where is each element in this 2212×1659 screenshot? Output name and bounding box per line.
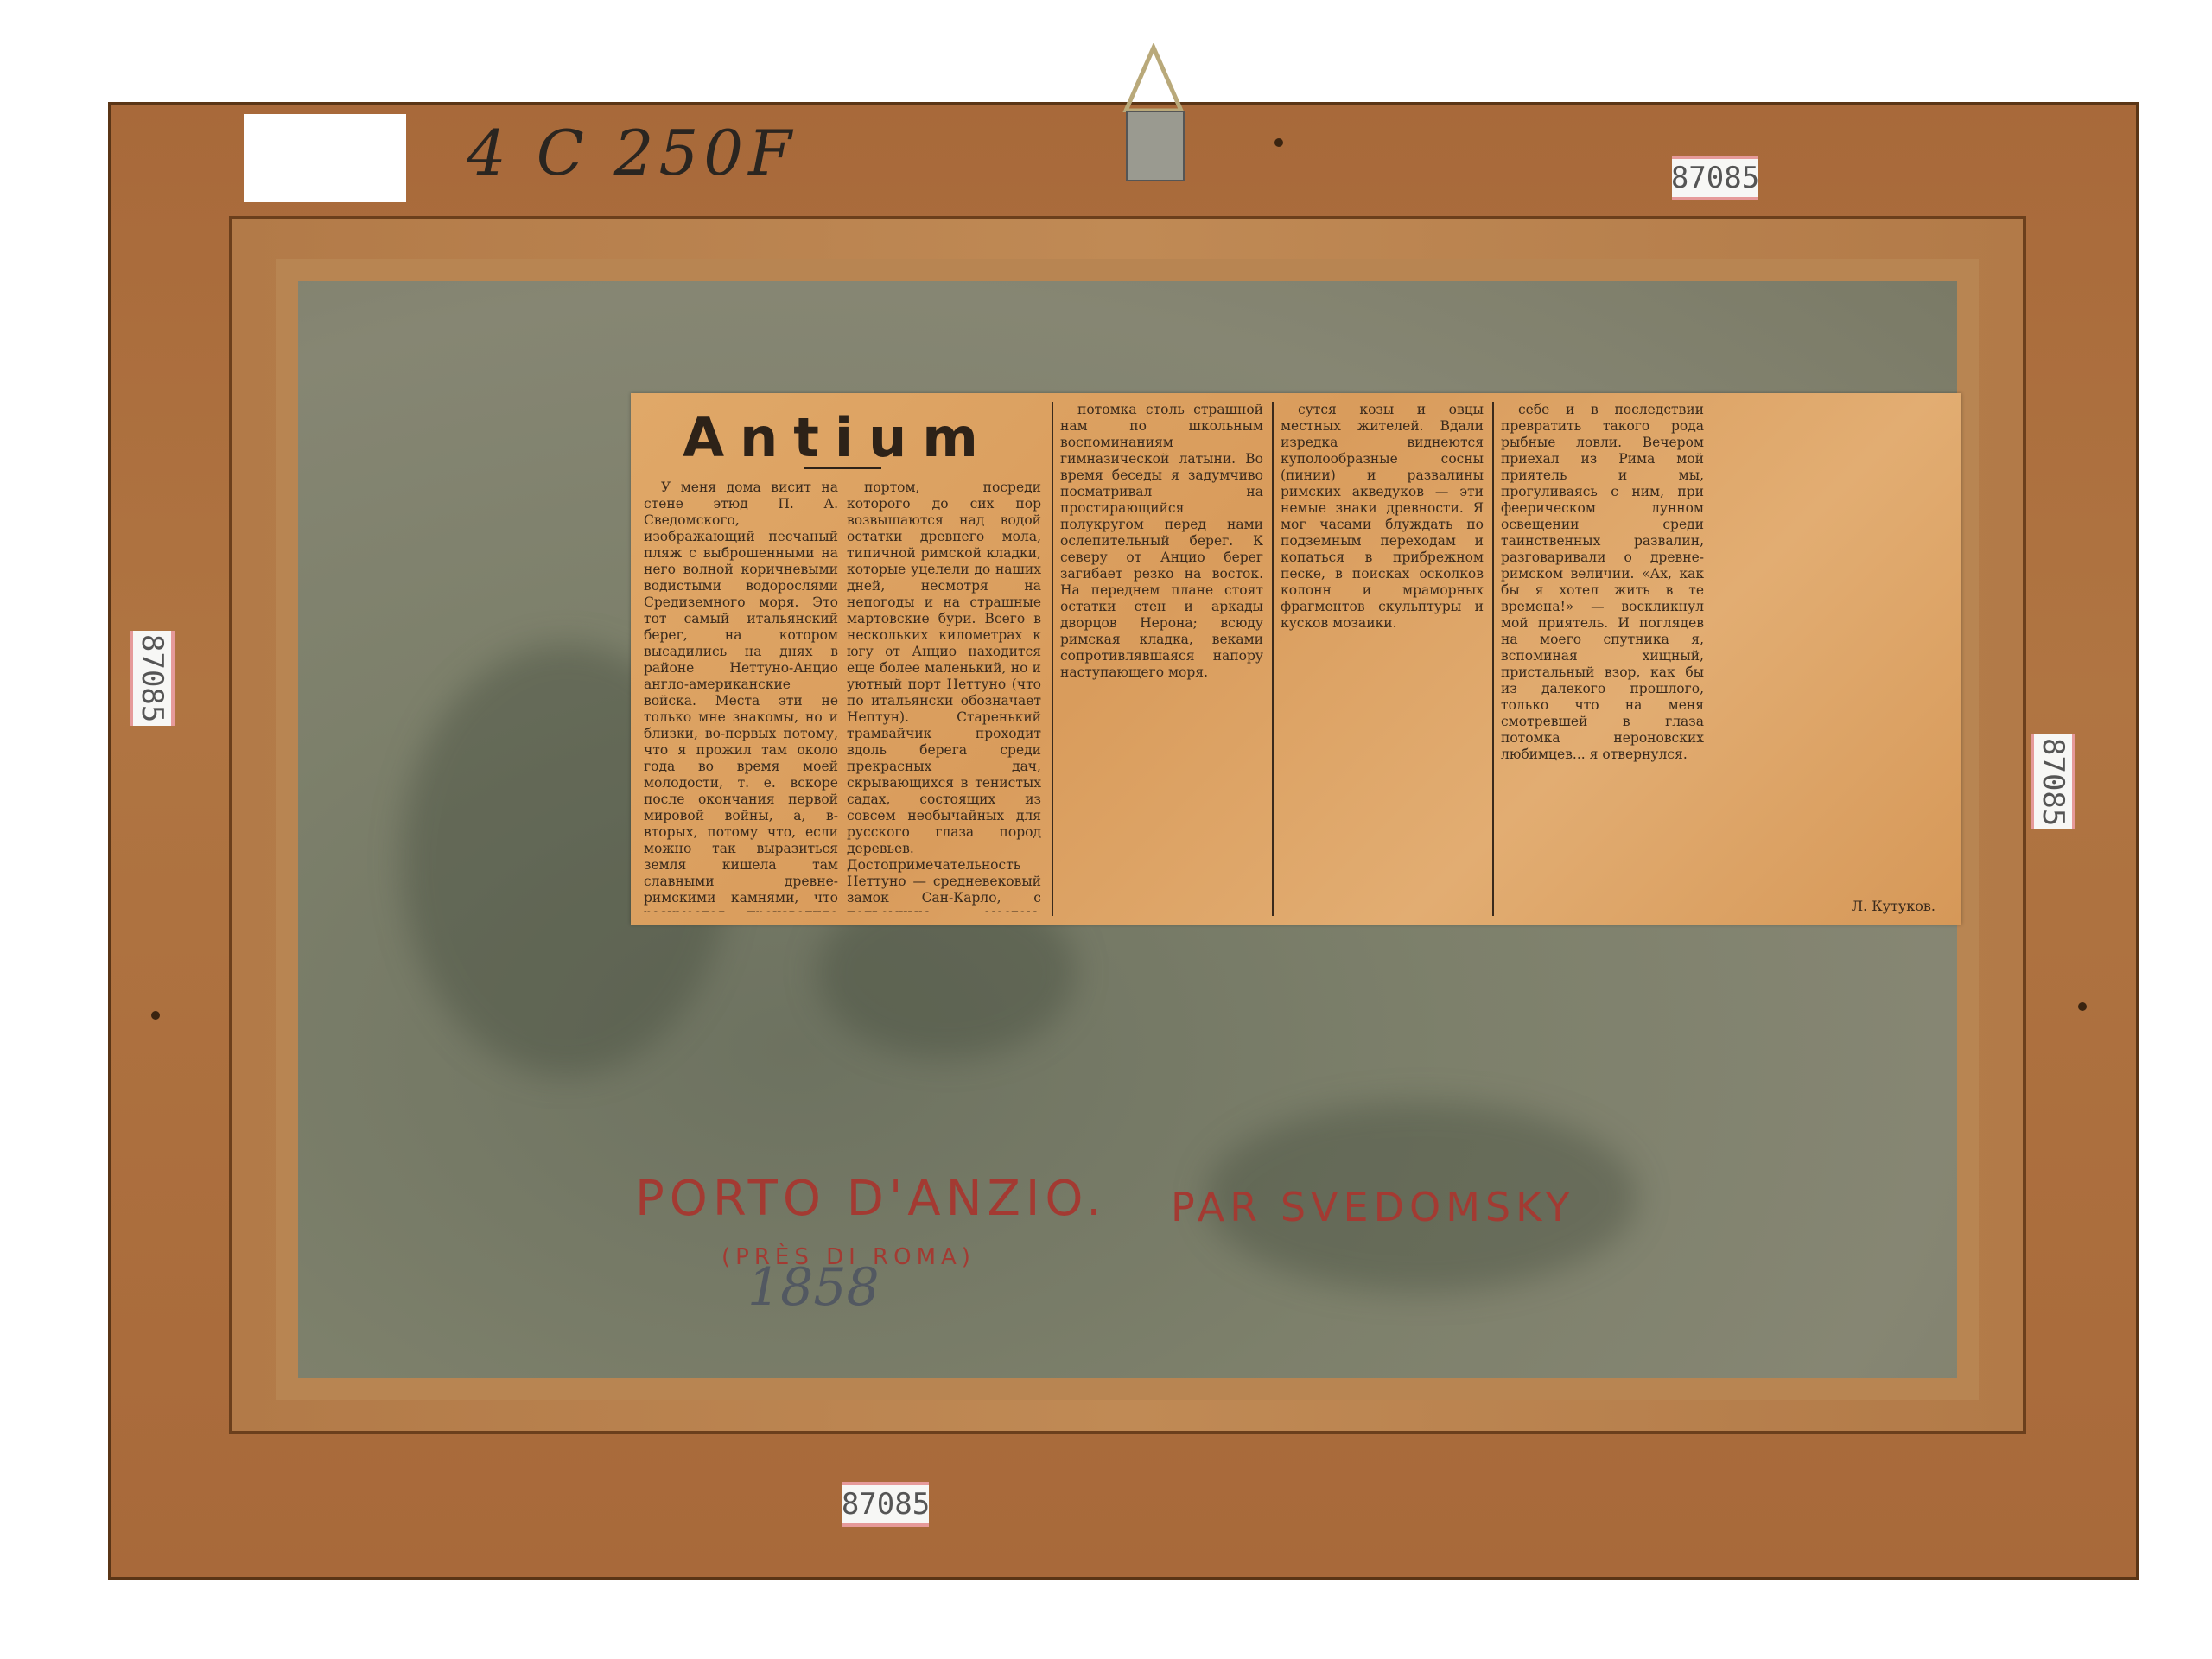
hanging-hook [1119, 43, 1188, 181]
pencil-inscription: 4 C 250F [467, 117, 797, 189]
inventory-label: 87085 [2031, 734, 2075, 829]
clipping-column: сутся козы и овцы местных жителей. Вдали… [1281, 402, 1484, 912]
nail-hole [151, 1011, 160, 1020]
column-divider [1052, 402, 1053, 916]
inventory-label: 87085 [842, 1482, 929, 1527]
column-text: потомка столь страшной нам по школьным в… [1060, 402, 1263, 681]
column-text: портом, посреди которого до сих пор возв… [847, 480, 1041, 912]
pencil-number: 1858 [747, 1257, 880, 1318]
column-text: себе и в последствии превратить такого р… [1501, 402, 1704, 763]
red-inscription-author: PAR SVEDOMSKY [1171, 1184, 1575, 1230]
clipping-signature: Л. Кутуков. [1852, 898, 1935, 914]
column-divider [1492, 402, 1494, 916]
newspaper-clipping: Antium У меня дома висит на стене этюд П… [631, 393, 1961, 925]
red-inscription-title: PORTO D'ANZIO. [635, 1171, 1107, 1227]
redacted-label [244, 114, 406, 202]
inventory-label: 87085 [130, 631, 175, 726]
column-text: У меня дома висит на стене этюд П. А. Св… [644, 480, 838, 912]
hanger-plate [1126, 111, 1185, 181]
column-divider [1272, 402, 1274, 916]
hanger-wire-icon [1119, 43, 1188, 112]
clipping-column: потомка столь страшной нам по школьным в… [1060, 402, 1263, 912]
clipping-column: У меня дома висит на стене этюд П. А. Св… [644, 480, 838, 912]
inventory-label: 87085 [1672, 156, 1758, 200]
clipping-title: Antium [631, 406, 1046, 469]
clipping-column: портом, посреди которого до сих пор возв… [847, 480, 1041, 912]
clipping-column: себе и в последствии превратить такого р… [1501, 402, 1704, 886]
nail-hole [1274, 138, 1283, 147]
title-rule [804, 467, 881, 469]
column-text: сутся козы и овцы местных жителей. Вдали… [1281, 402, 1484, 632]
nail-hole [2078, 1002, 2087, 1011]
